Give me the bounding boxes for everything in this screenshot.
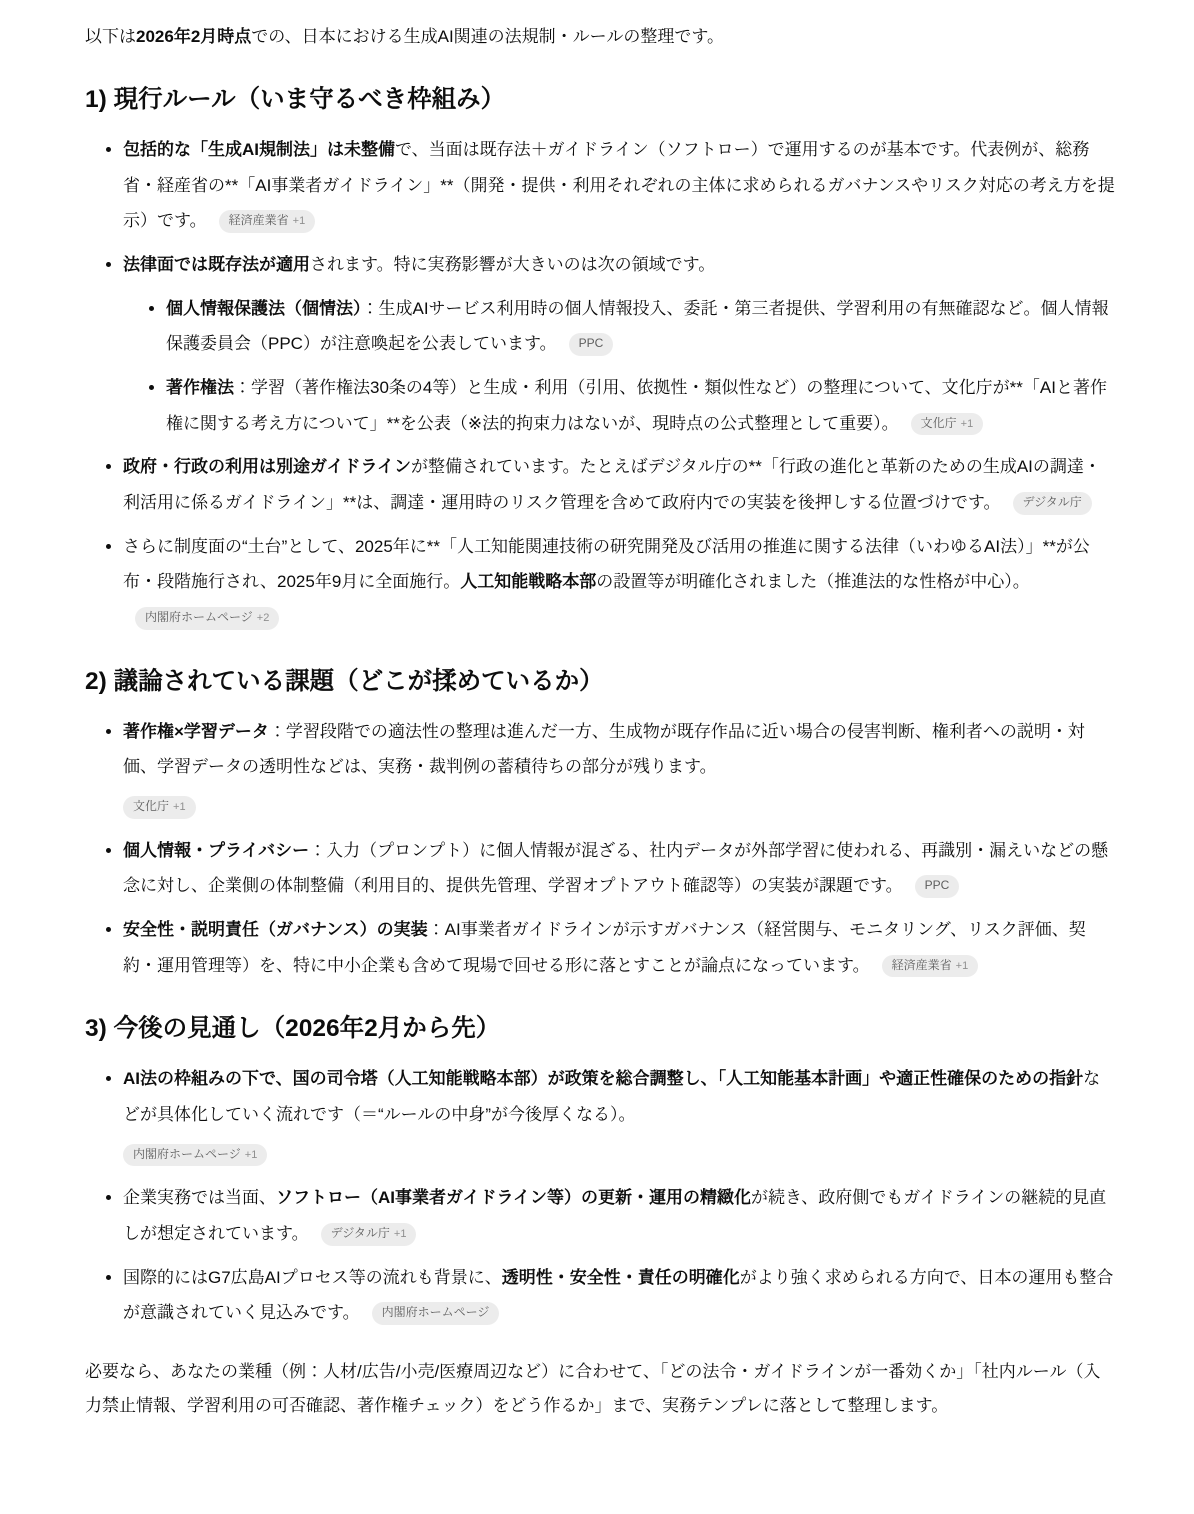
citation-label: 文化庁	[921, 416, 957, 430]
section-heading-outlook: 3) 今後の見通し（2026年2月から先）	[85, 1013, 1116, 1045]
assistant-message: 以下は2026年2月時点での、日本における生成AI関連の法規制・ルールの整理です…	[0, 0, 1194, 1453]
list-item: 個人情報・プライバシー：入力（プロンプト）に個人情報が混ざる、社内データが外部学…	[123, 833, 1116, 904]
citation-count: +1	[173, 801, 186, 813]
item-lead: 包括的な「生成AI規制法」は未整備	[123, 140, 395, 159]
item-pre: 国際的にはG7広島AIプロセス等の流れも背景に、	[123, 1268, 502, 1287]
citation-label: 経済産業省	[892, 958, 952, 972]
intro-post: での、日本における生成AI関連の法規制・ルールの整理です。	[251, 27, 724, 46]
list-item: 国際的にはG7広島AIプロセス等の流れも背景に、透明性・安全性・責任の明確化がよ…	[123, 1260, 1116, 1331]
citation-label: 経済産業省	[229, 213, 289, 227]
intro-pre: 以下は	[85, 27, 136, 46]
citation-count: +2	[257, 612, 270, 624]
item-lead: 著作権×学習データ	[123, 722, 269, 741]
list-item: 政府・行政の利用は別途ガイドラインが整備されています。たとえばデジタル庁の**「…	[123, 449, 1116, 520]
citation-badge[interactable]: 経済産業省+1	[219, 210, 316, 233]
intro-paragraph: 以下は2026年2月時点での、日本における生成AI関連の法規制・ルールの整理です…	[85, 20, 1116, 54]
citation-row: 内閣府ホームページ+1	[123, 1137, 1116, 1173]
list-item: 安全性・説明責任（ガバナンス）の実装：AI事業者ガイドラインが示すガバナンス（経…	[123, 912, 1116, 983]
list-item: 包括的な「生成AI規制法」は未整備で、当面は既存法＋ガイドライン（ソフトロー）で…	[123, 132, 1116, 239]
citation-badge[interactable]: デジタル庁	[1013, 492, 1092, 515]
citation-count: +1	[956, 960, 969, 972]
citation-badge[interactable]: 内閣府ホームページ	[372, 1302, 500, 1325]
item-post: の設置等が明確化されました（推進法的な性格が中心）。	[596, 572, 1030, 591]
item-lead: 安全性・説明責任（ガバナンス）の実装	[123, 920, 428, 939]
citation-label: 内閣府ホームページ	[133, 1147, 241, 1161]
item-pre: 企業実務では当面、	[123, 1188, 276, 1207]
item-lead: 個人情報・プライバシー	[123, 841, 309, 860]
list-item: AI法の枠組みの下で、国の司令塔（人工知能戦略本部）が政策を総合調整し、「人工知…	[123, 1061, 1116, 1172]
list-item: 著作権×学習データ：学習段階での適法性の整理は進んだ一方、生成物が既存作品に近い…	[123, 714, 1116, 825]
list-item: 企業実務では当面、ソフトロー（AI事業者ガイドライン等）の更新・運用の精緻化が続…	[123, 1180, 1116, 1251]
citation-label: 文化庁	[133, 799, 169, 813]
item-lead: 政府・行政の利用は別途ガイドライン	[123, 457, 411, 476]
list-item: 法律面では既存法が適用されます。特に実務影響が大きいのは次の領域です。 個人情報…	[123, 247, 1116, 441]
citation-badge[interactable]: PPC	[569, 333, 614, 356]
citation-label: PPC	[925, 878, 950, 892]
citation-label: デジタル庁	[1023, 495, 1082, 509]
item-bold: ソフトロー（AI事業者ガイドライン等）の更新・運用の精緻化	[276, 1188, 751, 1207]
citation-badge[interactable]: デジタル庁+1	[321, 1223, 417, 1246]
list-item: さらに制度面の“土台”として、2025年に**「人工知能関連技術の研究開発及び活…	[123, 529, 1116, 636]
item-bold: 人工知能戦略本部	[460, 572, 596, 591]
citation-count: +1	[245, 1149, 258, 1161]
citation-label: 内閣府ホームページ	[145, 610, 253, 624]
section-heading-current-rules: 1) 現行ルール（いま守るべき枠組み）	[85, 84, 1116, 116]
citation-badge[interactable]: 文化庁+1	[911, 413, 984, 436]
section2-list: 著作権×学習データ：学習段階での適法性の整理は進んだ一方、生成物が既存作品に近い…	[85, 714, 1116, 984]
citation-badge[interactable]: PPC	[915, 875, 960, 898]
citation-label: PPC	[579, 336, 604, 350]
citation-label: デジタル庁	[331, 1226, 390, 1240]
item-lead: 著作権法	[166, 378, 234, 397]
section1-list: 包括的な「生成AI規制法」は未整備で、当面は既存法＋ガイドライン（ソフトロー）で…	[85, 132, 1116, 636]
citation-count: +1	[394, 1228, 407, 1240]
section3-list: AI法の枠組みの下で、国の司令塔（人工知能戦略本部）が政策を総合調整し、「人工知…	[85, 1061, 1116, 1331]
item-bold: 透明性・安全性・責任の明確化	[502, 1268, 740, 1287]
item-lead: 法律面では既存法が適用	[123, 255, 310, 274]
citation-badge[interactable]: 内閣府ホームページ+1	[123, 1144, 267, 1167]
item-lead: 個人情報保護法（個情法）	[166, 299, 362, 318]
citation-row: 文化庁+1	[123, 789, 1116, 825]
section1-sublist: 個人情報保護法（個情法）：生成AIサービス利用時の個人情報投入、委託・第三者提供…	[123, 291, 1116, 442]
item-lead: AI法の枠組みの下で、国の司令塔（人工知能戦略本部）が政策を総合調整し、「人工知…	[123, 1069, 1083, 1088]
list-item: 個人情報保護法（個情法）：生成AIサービス利用時の個人情報投入、委託・第三者提供…	[166, 291, 1116, 362]
citation-badge[interactable]: 文化庁+1	[123, 796, 196, 819]
closing-paragraph: 必要なら、あなたの業種（例：人材/広告/小売/医療周辺など）に合わせて、「どの法…	[85, 1355, 1116, 1423]
list-item: 著作権法：学習（著作権法30条の4等）と生成・利用（引用、依拠性・類似性など）の…	[166, 370, 1116, 441]
intro-bold: 2026年2月時点	[136, 27, 251, 46]
section-heading-debated-issues: 2) 議論されている課題（どこが揉めているか）	[85, 666, 1116, 698]
citation-count: +1	[961, 418, 974, 430]
citation-badge[interactable]: 内閣府ホームページ+2	[135, 607, 279, 630]
item-text: されます。特に実務影響が大きいのは次の領域です。	[310, 255, 715, 274]
citation-count: +1	[293, 215, 306, 227]
citation-badge[interactable]: 経済産業省+1	[882, 955, 979, 978]
citation-label: 内閣府ホームページ	[382, 1305, 490, 1319]
